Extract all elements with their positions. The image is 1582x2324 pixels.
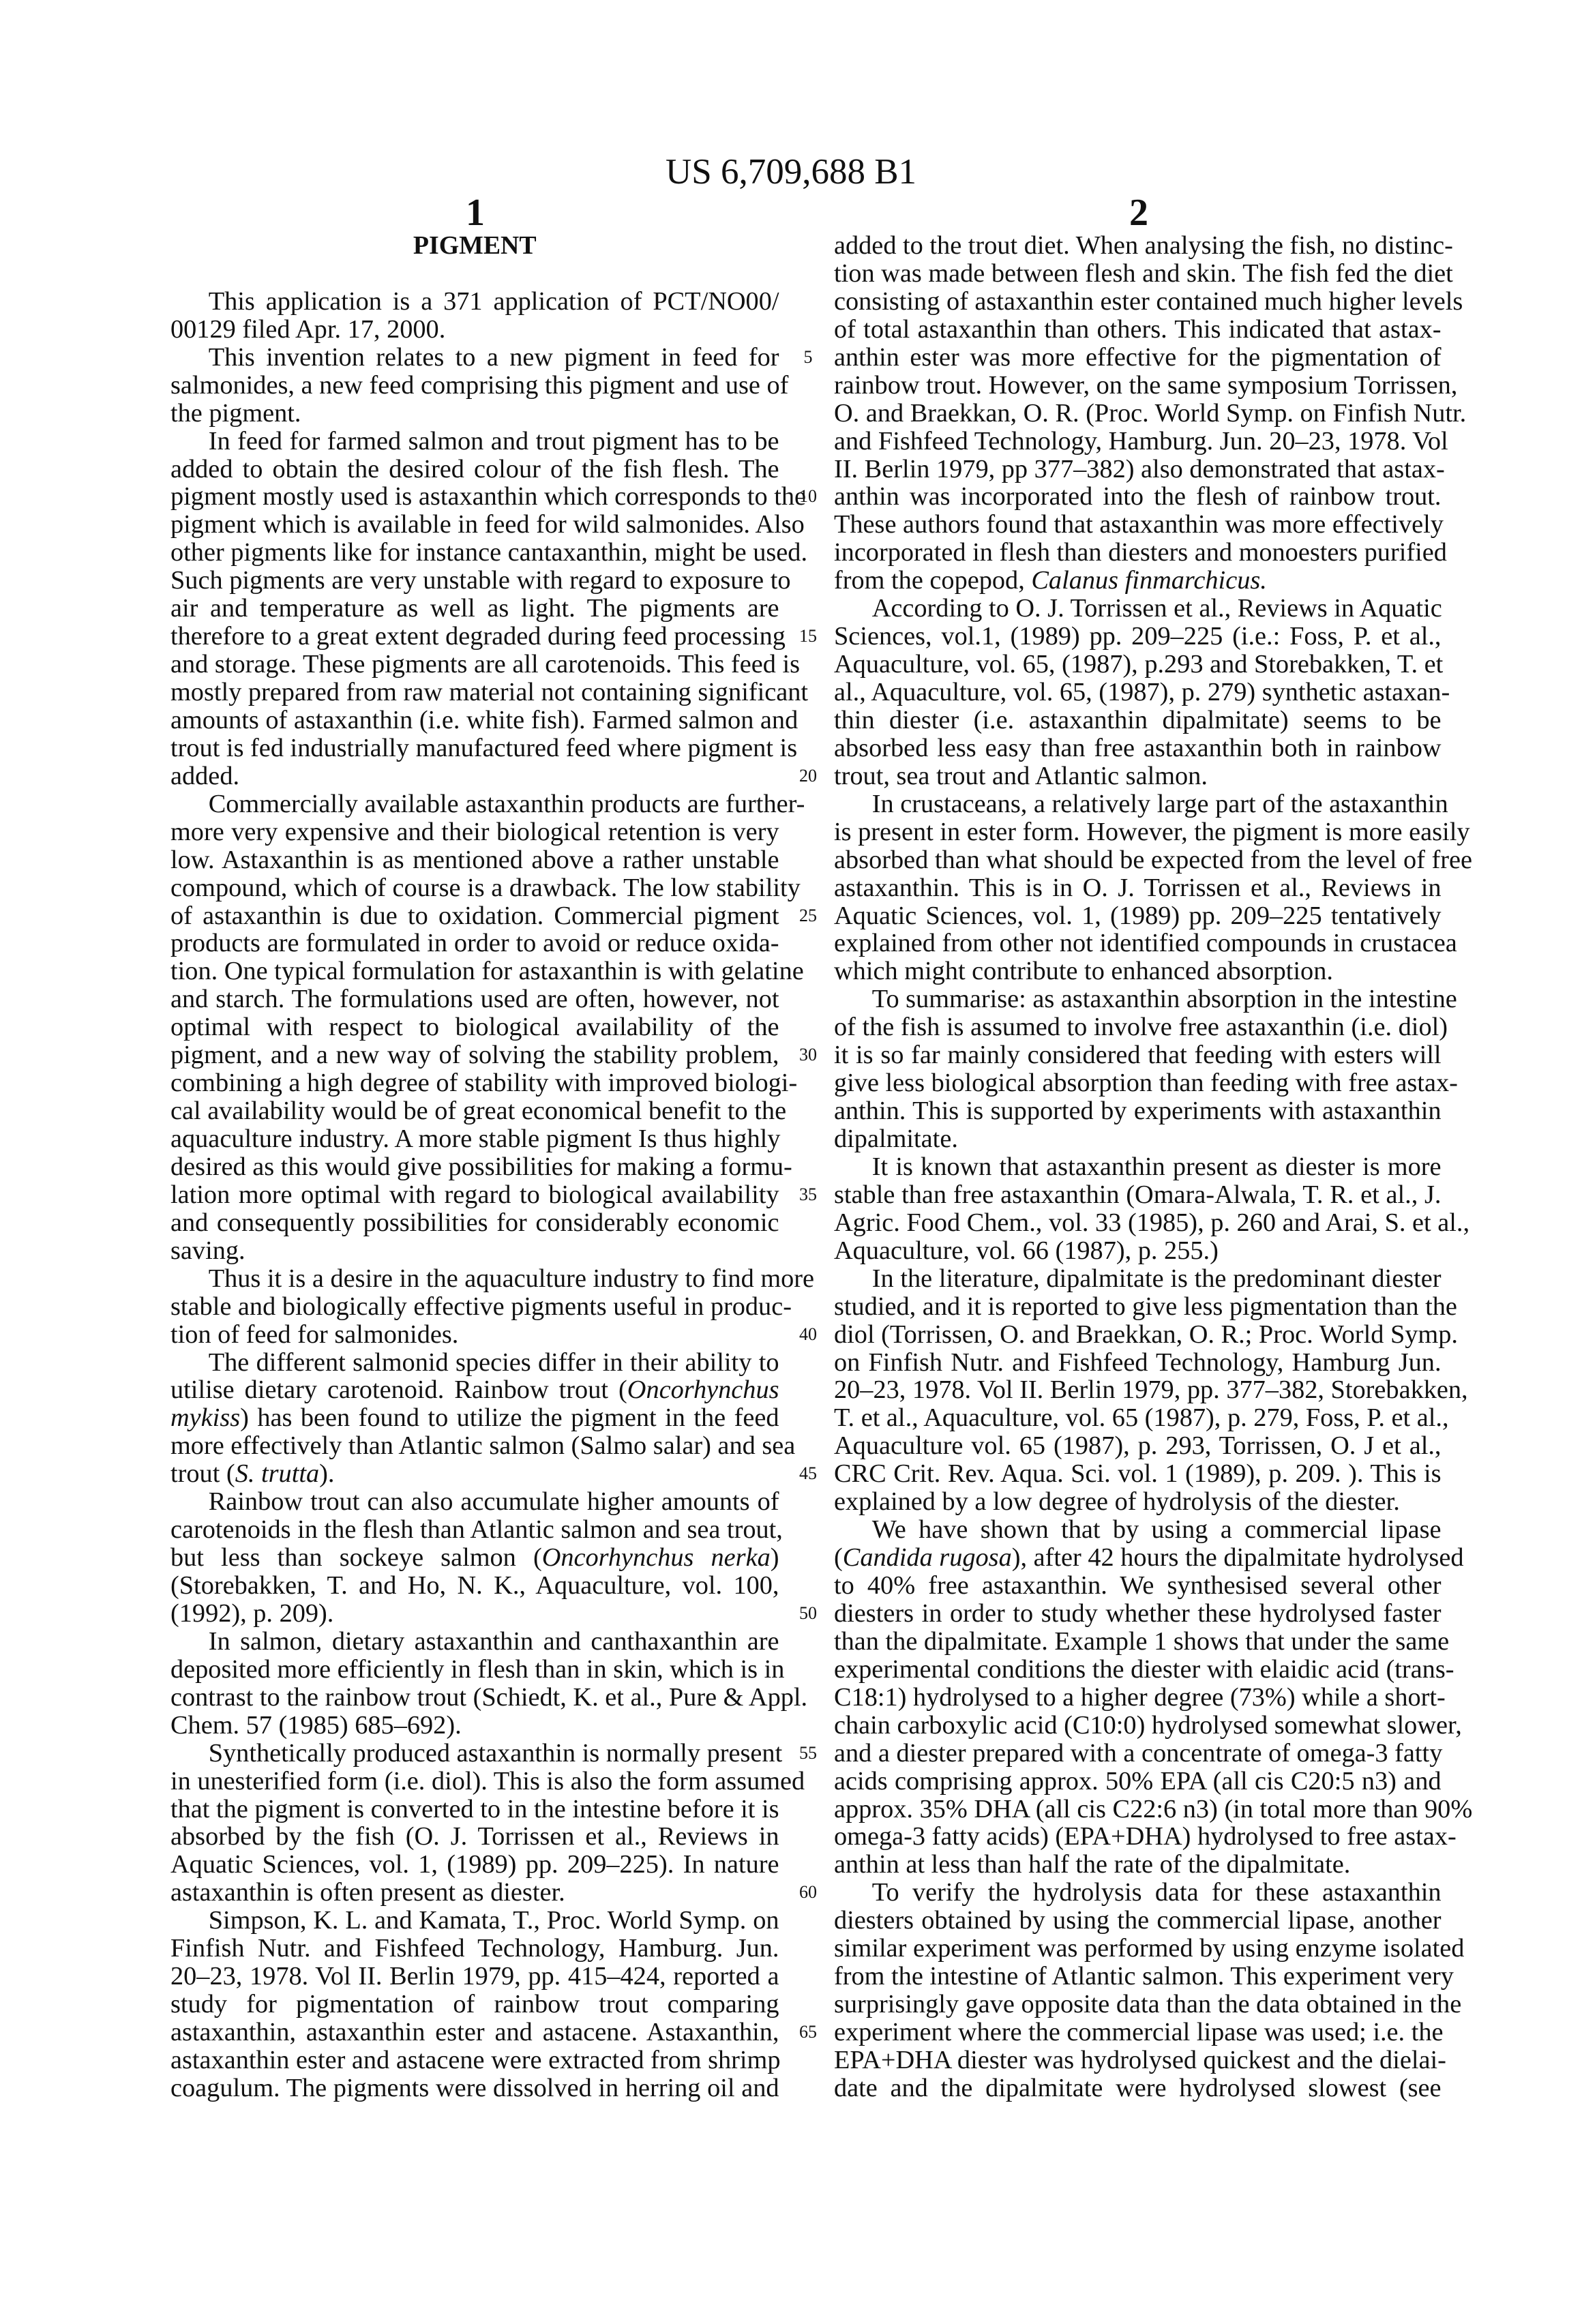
text-line: more effectively than Atlantic salmon (S… [170, 1432, 779, 1460]
text-line: (1992), p. 209). [170, 1600, 779, 1628]
text-line: Aquaculture vol. 65 (1987), p. 293, Torr… [834, 1432, 1442, 1460]
text-line: give less biological absorption than fee… [834, 1069, 1442, 1097]
text-line: We have shown that by using a commercial… [834, 1516, 1442, 1544]
text-line: anthin at less than half the rate of the… [834, 1851, 1442, 1879]
text-line: experiment where the commercial lipase w… [834, 2018, 1442, 2046]
patent-number-header: US 6,709,688 B1 [0, 151, 1582, 192]
text-line: contrast to the rainbow trout (Schiedt, … [170, 1684, 779, 1712]
text-line: and a diester prepared with a concentrat… [834, 1740, 1442, 1768]
text-line: dipalmitate. [834, 1125, 1442, 1153]
line-number: 65 [791, 2018, 825, 2046]
text-line: of the fish is assumed to involve free a… [834, 1013, 1442, 1041]
text-line: incorporated in flesh than diesters and … [834, 539, 1442, 567]
text-line: which might contribute to enhanced absor… [834, 957, 1442, 985]
text-line: optimal with respect to biological avail… [170, 1013, 779, 1041]
text-line: tion. One typical formulation for astaxa… [170, 957, 779, 985]
text-line: acids comprising approx. 50% EPA (all ci… [834, 1768, 1442, 1796]
text-line: In salmon, dietary astaxanthin and canth… [170, 1628, 779, 1656]
section-title: PIGMENT [170, 232, 779, 260]
text-line: other pigments like for instance cantaxa… [170, 539, 779, 567]
text-line: II. Berlin 1979, pp 377–382) also demons… [834, 456, 1442, 483]
line-number: 20 [791, 762, 825, 790]
text-line: The different salmonid species differ in… [170, 1349, 779, 1377]
text-line: astaxanthin ester and astacene were extr… [170, 2046, 779, 2074]
text-line: carotenoids in the flesh than Atlantic s… [170, 1516, 779, 1544]
text-line: al., Aquaculture, vol. 65, (1987), p. 27… [834, 679, 1442, 706]
text-line: deposited more efficiently in flesh than… [170, 1656, 779, 1684]
text-line: air and temperature as well as light. Th… [170, 595, 779, 623]
text-line: anthin. This is supported by experiments… [834, 1097, 1442, 1125]
text-line: it is so far mainly considered that feed… [834, 1041, 1442, 1069]
text-line: tion of feed for salmonides. [170, 1321, 779, 1349]
text-line [170, 260, 779, 288]
text-line: consisting of astaxanthin ester containe… [834, 288, 1442, 316]
text-line: These authors found that astaxanthin was… [834, 511, 1442, 539]
text-line: added to obtain the desired colour of th… [170, 456, 779, 483]
text-line: the pigment. [170, 400, 779, 428]
text-line: similar experiment was performed by usin… [834, 1935, 1442, 1963]
text-line: compound, which of course is a drawback.… [170, 874, 779, 902]
text-line: trout is fed industrially manufactured f… [170, 734, 779, 762]
text-line: 00129 filed Apr. 17, 2000. [170, 316, 779, 344]
line-number: 25 [791, 902, 825, 930]
text-line: To summarise: as astaxanthin absorption … [834, 985, 1442, 1013]
text-line: Aquaculture, vol. 66 (1987), p. 255.) [834, 1237, 1442, 1265]
text-line: stable than free astaxanthin (Omara-Alwa… [834, 1181, 1442, 1209]
text-line: diol (Torrissen, O. and Braekkan, O. R.;… [834, 1321, 1442, 1349]
text-line: therefore to a great extent degraded dur… [170, 623, 779, 651]
text-line: and Fishfeed Technology, Hamburg. Jun. 2… [834, 428, 1442, 456]
text-line: date and the dipalmitate were hydrolysed… [834, 2074, 1442, 2102]
line-number: 5 [791, 344, 825, 372]
text-line: studied, and it is reported to give less… [834, 1293, 1442, 1321]
line-number: 45 [791, 1460, 825, 1488]
text-line: astaxanthin. This is in O. J. Torrissen … [834, 874, 1442, 902]
text-line: astaxanthin, astaxanthin ester and astac… [170, 2018, 779, 2046]
text-line: To verify the hydrolysis data for these … [834, 1879, 1442, 1907]
text-line: is present in ester form. However, the p… [834, 818, 1442, 846]
text-line: stable and biologically effective pigmen… [170, 1293, 779, 1321]
text-line: more very expensive and their biological… [170, 818, 779, 846]
text-line: astaxanthin is often present as diester. [170, 1879, 779, 1907]
text-line: It is known that astaxanthin present as … [834, 1153, 1442, 1181]
text-line: tion was made between flesh and skin. Th… [834, 260, 1442, 288]
text-line: that the pigment is converted to in the … [170, 1796, 779, 1823]
line-number: 30 [791, 1041, 825, 1069]
text-line: 20–23, 1978. Vol II. Berlin 1979, pp. 37… [834, 1376, 1442, 1404]
text-line: rainbow trout. However, on the same symp… [834, 372, 1442, 400]
text-line: lation more optimal with regard to biolo… [170, 1181, 779, 1209]
text-line: low. Astaxanthin is as mentioned above a… [170, 846, 779, 874]
text-line: Synthetically produced astaxanthin is no… [170, 1740, 779, 1768]
text-line: in unesterified form (i.e. diol). This i… [170, 1768, 779, 1796]
text-line: anthin ester was more effective for the … [834, 344, 1442, 372]
text-line: utilise dietary carotenoid. Rainbow trou… [170, 1376, 779, 1404]
column-number-left: 1 [434, 192, 516, 233]
text-line: mostly prepared from raw material not co… [170, 679, 779, 706]
text-line: Sciences, vol.1, (1989) pp. 209–225 (i.e… [834, 623, 1442, 651]
text-line: Aquatic Sciences, vol. 1, (1989) pp. 209… [834, 902, 1442, 930]
text-line: (Storebakken, T. and Ho, N. K., Aquacult… [170, 1572, 779, 1600]
text-line: In the literature, dipalmitate is the pr… [834, 1265, 1442, 1293]
text-line: Simpson, K. L. and Kamata, T., Proc. Wor… [170, 1907, 779, 1935]
text-line: explained by a low degree of hydrolysis … [834, 1488, 1442, 1516]
text-line: from the copepod, Calanus finmarchicus. [834, 567, 1442, 595]
text-line: experimental conditions the diester with… [834, 1656, 1442, 1684]
text-line: amounts of astaxanthin (i.e. white fish)… [170, 706, 779, 734]
line-number: 15 [791, 623, 825, 651]
left-text-column: PIGMENT This application is a 371 applic… [170, 232, 782, 2102]
text-line: and consequently possibilities for consi… [170, 1209, 779, 1237]
text-line: explained from other not identified comp… [834, 929, 1442, 957]
line-number: 10 [791, 483, 825, 511]
text-line: absorbed than what should be expected fr… [834, 846, 1442, 874]
text-line: pigment, and a new way of solving the st… [170, 1041, 779, 1069]
text-line: study for pigmentation of rainbow trout … [170, 1991, 779, 2018]
text-line: desired as this would give possibilities… [170, 1153, 779, 1181]
line-number: 50 [791, 1600, 825, 1628]
text-line: aquaculture industry. A more stable pigm… [170, 1125, 779, 1153]
text-line: coagulum. The pigments were dissolved in… [170, 2074, 779, 2102]
text-line: mykiss) has been found to utilize the pi… [170, 1404, 779, 1432]
text-line: to 40% free astaxanthin. We synthesised … [834, 1572, 1442, 1600]
text-line: EPA+DHA diester was hydrolysed quickest … [834, 2046, 1442, 2074]
column-number-right: 2 [1098, 192, 1180, 233]
text-line: 20–23, 1978. Vol II. Berlin 1979, pp. 41… [170, 1963, 779, 1991]
text-line: pigment mostly used is astaxanthin which… [170, 483, 779, 511]
line-number: 60 [791, 1879, 825, 1907]
text-line: surprisingly gave opposite data than the… [834, 1991, 1442, 2018]
text-line: trout, sea trout and Atlantic salmon. [834, 762, 1442, 790]
text-line: diesters in order to study whether these… [834, 1600, 1442, 1628]
text-line: salmonides, a new feed comprising this p… [170, 372, 779, 400]
text-line: This application is a 371 application of… [170, 288, 779, 316]
text-line: In feed for farmed salmon and trout pigm… [170, 428, 779, 456]
text-line: (Candida rugosa), after 42 hours the dip… [834, 1544, 1442, 1572]
text-line: combining a high degree of stability wit… [170, 1069, 779, 1097]
text-line: approx. 35% DHA (all cis C22:6 n3) (in t… [834, 1796, 1442, 1823]
text-line: O. and Braekkan, O. R. (Proc. World Symp… [834, 400, 1442, 428]
text-line: and starch. The formulations used are of… [170, 985, 779, 1013]
text-line: Thus it is a desire in the aquaculture i… [170, 1265, 779, 1293]
text-line: absorbed by the fish (O. J. Torrissen et… [170, 1823, 779, 1851]
text-line: T. et al., Aquaculture, vol. 65 (1987), … [834, 1404, 1442, 1432]
text-line: on Finfish Nutr. and Fishfeed Technology… [834, 1349, 1442, 1377]
text-line: chain carboxylic acid (C10:0) hydrolysed… [834, 1712, 1442, 1740]
text-line: but less than sockeye salmon (Oncorhynch… [170, 1544, 779, 1572]
text-line: than the dipalmitate. Example 1 shows th… [834, 1628, 1442, 1656]
text-line: of astaxanthin is due to oxidation. Comm… [170, 902, 779, 930]
text-line: thin diester (i.e. astaxanthin dipalmita… [834, 706, 1442, 734]
text-line: omega-3 fatty acids) (EPA+DHA) hydrolyse… [834, 1823, 1442, 1851]
text-line: Commercially available astaxanthin produ… [170, 790, 779, 818]
text-line: diesters obtained by using the commercia… [834, 1907, 1442, 1935]
line-number: 35 [791, 1181, 825, 1209]
text-line: added. [170, 762, 779, 790]
text-line: CRC Crit. Rev. Aqua. Sci. vol. 1 (1989),… [834, 1460, 1442, 1488]
text-line: trout (S. trutta). [170, 1460, 779, 1488]
text-line: added to the trout diet. When analysing … [834, 232, 1442, 260]
text-line: Agric. Food Chem., vol. 33 (1985), p. 26… [834, 1209, 1442, 1237]
text-line: C18:1) hydrolysed to a higher degree (73… [834, 1684, 1442, 1712]
line-number: 40 [791, 1321, 825, 1349]
text-line: This invention relates to a new pigment … [170, 344, 779, 372]
text-line: According to O. J. Torrissen et al., Rev… [834, 595, 1442, 623]
text-line: absorbed less easy than free astaxanthin… [834, 734, 1442, 762]
text-line: In crustaceans, a relatively large part … [834, 790, 1442, 818]
text-line: Aquaculture, vol. 65, (1987), p.293 and … [834, 651, 1442, 679]
text-line: of total astaxanthin than others. This i… [834, 316, 1442, 344]
text-line: products are formulated in order to avoi… [170, 929, 779, 957]
line-number: 55 [791, 1740, 825, 1768]
text-line: Finfish Nutr. and Fishfeed Technology, H… [170, 1935, 779, 1963]
text-line: Rainbow trout can also accumulate higher… [170, 1488, 779, 1516]
text-line: from the intestine of Atlantic salmon. T… [834, 1963, 1442, 1991]
right-text-column: added to the trout diet. When analysing … [834, 232, 1444, 2102]
text-line: Chem. 57 (1985) 685–692). [170, 1712, 779, 1740]
text-line: cal availability would be of great econo… [170, 1097, 779, 1125]
text-line: pigment which is available in feed for w… [170, 511, 779, 539]
text-line: Aquatic Sciences, vol. 1, (1989) pp. 209… [170, 1851, 779, 1879]
text-line: saving. [170, 1237, 779, 1265]
text-line: Such pigments are very unstable with reg… [170, 567, 779, 595]
text-line: and storage. These pigments are all caro… [170, 651, 779, 679]
text-line: anthin was incorporated into the flesh o… [834, 483, 1442, 511]
